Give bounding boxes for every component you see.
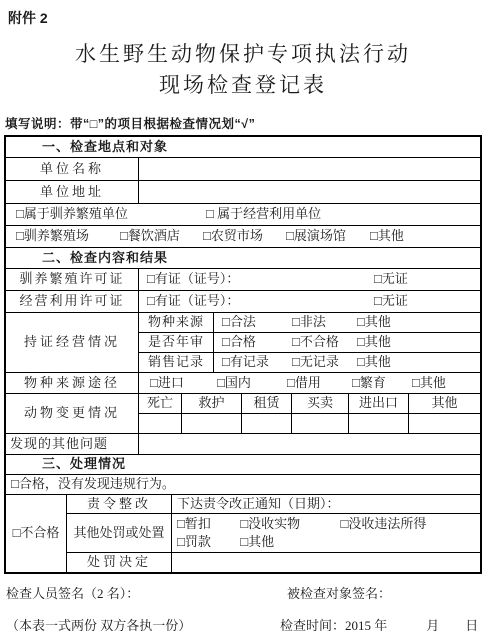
- checkbox-option: □有证（证号）：: [147, 294, 374, 309]
- checkbox-option: □借用: [287, 376, 352, 391]
- penalty-options: □暂扣 □没收实物 □没收违法所得 □罚款 □其他: [172, 514, 480, 552]
- column-header: 租赁: [242, 394, 292, 413]
- source-channel-label: 物种来源途径: [6, 373, 139, 393]
- other-problems-value: [139, 434, 480, 454]
- attachment-label: 附件 2: [4, 6, 482, 28]
- column-header: 救护: [182, 394, 242, 413]
- signature-row: 检查人员签名（2 名）： 被检查对象签名：: [4, 583, 482, 602]
- checkbox-option: □合格，没有发现违规行为。: [6, 475, 480, 494]
- form-footer: 检查人员签名（2 名）： 被检查对象签名： （本表一式两份 双方各执一份） 检查…: [4, 583, 482, 631]
- checkbox-option: □合格: [222, 335, 292, 350]
- checkbox-option: □没收实物: [240, 517, 337, 532]
- checkbox-option: □其他: [370, 229, 404, 244]
- annual-review-row: 是否年审 □合格 □不合格 □其他: [139, 333, 480, 353]
- document-page: 附件 2 水生野生动物保护专项执法行动 现场检查登记表 填写说明：带“□”的项目…: [0, 0, 487, 631]
- animal-change-value-row: [139, 414, 480, 433]
- checkbox-option: □无记录: [292, 355, 357, 370]
- source-channel-options: □进口 □国内 □借用 □繁育 □其他: [139, 373, 480, 393]
- licensed-operation-label: 持证经营情况: [6, 313, 139, 372]
- checkbox-option: □合法: [222, 315, 292, 330]
- checkbox-option: □不合格: [292, 335, 357, 350]
- checkbox-option: □驯养繁殖场: [16, 229, 120, 244]
- column-header: 其他: [409, 394, 480, 413]
- section2-header: 二、检查内容和结果: [6, 248, 480, 268]
- section1-header-row: 一、检查地点和对象: [6, 137, 480, 158]
- checkbox-option: □其他: [412, 376, 446, 391]
- checkbox-option: □属于驯养繁殖单位: [16, 207, 206, 222]
- table-cell: [409, 414, 480, 433]
- checkbox-option: □暂扣: [177, 517, 237, 532]
- title-line-1: 水生野生动物保护专项执法行动: [4, 39, 482, 70]
- checkbox-option: □其他: [357, 355, 391, 370]
- section3-header-row: 三、处理情况: [6, 455, 480, 475]
- other-problems-row: 发现的其他问题: [6, 434, 480, 455]
- column-header: 买卖: [292, 394, 349, 413]
- fill-instructions: 填写说明：带“□”的项目根据检查情况划“√”: [5, 114, 482, 132]
- checkbox-option: □其他: [357, 335, 391, 350]
- penalty-decision-value: [172, 553, 480, 572]
- unit-address-label: 单位地址: [6, 181, 139, 203]
- breeding-license-row: 驯养繁殖许可证 □有证（证号）： □无证: [6, 269, 480, 291]
- source-channel-row: 物种来源途径 □进口 □国内 □借用 □繁育 □其他: [6, 373, 480, 394]
- animal-change-label: 动物变更情况: [6, 394, 139, 433]
- unit-name-row: 单位名称: [6, 158, 480, 181]
- species-origin-label: 物种来源: [139, 313, 214, 332]
- copies-note: （本表一式两份 双方各执一份）: [6, 615, 280, 631]
- checkbox-option: □其他: [240, 535, 274, 550]
- animal-change-header-row: 死亡 救护 租赁 买卖 进出口 其他: [139, 394, 480, 414]
- unit-name-value: [139, 158, 480, 180]
- other-problems-label: 发现的其他问题: [6, 434, 139, 454]
- title-line-2: 现场检查登记表: [4, 70, 482, 101]
- penalty-decision-label: 处罚决定: [67, 553, 172, 572]
- section3-header: 三、处理情况: [6, 455, 480, 474]
- section1-header: 一、检查地点和对象: [6, 137, 480, 157]
- operation-license-options: □有证（证号）： □无证: [139, 291, 480, 312]
- checkbox-option: □不合格: [6, 495, 67, 572]
- penalty-label: 其他处罚或处置: [67, 514, 172, 552]
- penalty-decision-row: 处罚决定: [67, 553, 480, 572]
- checkbox-option: □进口: [150, 376, 217, 391]
- checkbox-option: □其他: [357, 315, 391, 330]
- checkbox-option: □ 属于经营利用单位: [206, 207, 321, 222]
- sales-record-row: 销售记录 □有记录 □无记录 □其他: [139, 353, 480, 372]
- annual-review-label: 是否年审: [139, 333, 214, 352]
- place-type-options: □驯养繁殖场 □餐饮酒店 □农贸市场 □展演场馆 □其他: [6, 226, 480, 247]
- section2-header-row: 二、检查内容和结果: [6, 248, 480, 269]
- inspection-time-label: 检查时间：2015 年 月 日: [280, 615, 478, 631]
- annual-review-options: □合格 □不合格 □其他: [214, 333, 480, 352]
- penalty-options-line1: □暂扣 □没收实物 □没收违法所得: [177, 517, 480, 532]
- checkbox-option: □非法: [292, 315, 357, 330]
- unit-name-label: 单位名称: [6, 158, 139, 180]
- checkbox-option: □无证: [374, 272, 408, 287]
- unit-type-options: □属于驯养繁殖单位 □ 属于经营利用单位: [6, 204, 480, 225]
- rectify-order-content: 下达责令改正通知（日期）：: [172, 495, 480, 513]
- rectify-order-label: 责令整改: [67, 495, 172, 513]
- operation-license-row: 经营利用许可证 □有证（证号）： □无证: [6, 291, 480, 313]
- rectify-order-row: 责令整改 下达责令改正通知（日期）：: [67, 495, 480, 514]
- checkbox-option: □有证（证号）：: [147, 272, 374, 287]
- checkbox-option: □农贸市场: [203, 229, 286, 244]
- checkbox-option: □无证: [374, 294, 408, 309]
- animal-change-block: 动物变更情况 死亡 救护 租赁 买卖 进出口 其他: [6, 394, 480, 434]
- qualified-row: □合格，没有发现违规行为。: [6, 475, 480, 495]
- table-cell: [139, 414, 182, 433]
- operation-license-label: 经营利用许可证: [6, 291, 139, 312]
- unit-address-value: [139, 181, 480, 203]
- document-title: 水生野生动物保护专项执法行动 现场检查登记表: [4, 39, 482, 101]
- table-cell: [182, 414, 242, 433]
- column-header: 死亡: [139, 394, 182, 413]
- species-origin-options: □合法 □非法 □其他: [214, 313, 480, 332]
- copies-time-row: （本表一式两份 双方各执一份） 检查时间：2015 年 月 日: [4, 615, 482, 631]
- sales-record-label: 销售记录: [139, 353, 214, 372]
- unit-type-row: □属于驯养繁殖单位 □ 属于经营利用单位: [6, 204, 480, 226]
- table-cell: [349, 414, 409, 433]
- inspector-signature-label: 检查人员签名（2 名）：: [6, 583, 287, 602]
- checkbox-option: □有记录: [222, 355, 292, 370]
- checkbox-option: □展演场馆: [286, 229, 370, 244]
- table-cell: [292, 414, 349, 433]
- inspection-form-table: 一、检查地点和对象 单位名称 单位地址 □属于驯养繁殖单位 □ 属于经营利用单位…: [4, 135, 482, 574]
- checkbox-option: □没收违法所得: [341, 517, 427, 532]
- unqualified-block: □不合格 责令整改 下达责令改正通知（日期）： 其他处罚或处置 □暂扣 □没收实…: [6, 495, 480, 572]
- breeding-license-label: 驯养繁殖许可证: [6, 269, 139, 290]
- sales-record-options: □有记录 □无记录 □其他: [214, 353, 480, 372]
- breeding-license-options: □有证（证号）： □无证: [139, 269, 480, 290]
- checkbox-option: □繁育: [352, 376, 412, 391]
- checkbox-option: □餐饮酒店: [120, 229, 203, 244]
- species-origin-row: 物种来源 □合法 □非法 □其他: [139, 313, 480, 333]
- unit-address-row: 单位地址: [6, 181, 480, 204]
- column-header: 进出口: [349, 394, 409, 413]
- table-cell: [242, 414, 292, 433]
- penalty-row: 其他处罚或处置 □暂扣 □没收实物 □没收违法所得 □罚款 □其他: [67, 514, 480, 553]
- checkbox-option: □罚款: [177, 535, 237, 550]
- place-type-row: □驯养繁殖场 □餐饮酒店 □农贸市场 □展演场馆 □其他: [6, 226, 480, 248]
- penalty-options-line2: □罚款 □其他: [177, 535, 480, 550]
- checkbox-option: □国内: [217, 376, 287, 391]
- licensed-operation-block: 持证经营情况 物种来源 □合法 □非法 □其他 是否年审 □合格 □不合格 □其…: [6, 313, 480, 373]
- inspected-signature-label: 被检查对象签名：: [287, 583, 391, 602]
